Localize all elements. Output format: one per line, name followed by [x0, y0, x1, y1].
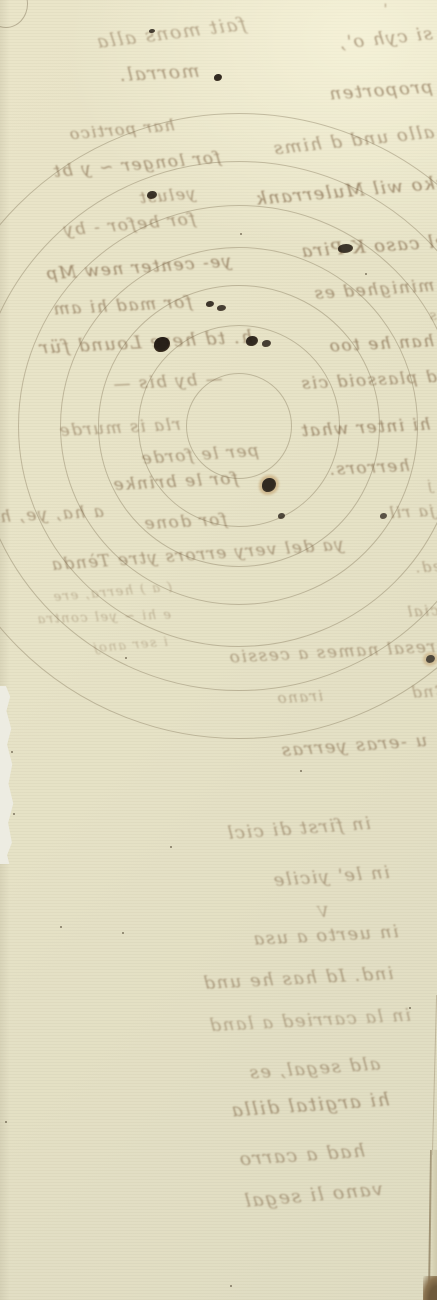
- corner-compass-arc: [0, 0, 28, 28]
- paper-speck: [409, 1007, 411, 1009]
- bleedthrough-line: ald segal, es: [247, 1053, 381, 1083]
- bleedthrough-line: in uerto a usa: [252, 921, 400, 950]
- paper-speck: [122, 932, 124, 934]
- bleedthrough-line: ja ril: [388, 501, 435, 522]
- bleedthrough-text-layer: fait mons allamorral.'har porticofor lon…: [0, 0, 437, 1300]
- bleedthrough-line: ye- center new Mp: [45, 252, 232, 285]
- ink-blot-layer: [0, 0, 437, 1300]
- bleedthrough-line: herrors.: [328, 456, 411, 480]
- bleedthrough-line: ya del very errors ytre Tènda: [50, 535, 345, 575]
- bleedthrough-line: cial: [406, 601, 437, 621]
- bleedthrough-line: for mad hi am: [52, 292, 193, 319]
- bleedthrough-line: hi inter what: [300, 415, 431, 442]
- paper-speck: [240, 233, 242, 235]
- watermark-circle: [98, 285, 380, 567]
- bleedthrough-line: had a carro: [237, 1140, 365, 1171]
- ink-blot: [338, 244, 353, 253]
- bleedthrough-line: proporten: [327, 76, 433, 104]
- ink-blot: [149, 29, 155, 33]
- bleedthrough-line: rla is murde: [58, 415, 182, 441]
- bleedthrough-line: si cyh o',: [337, 23, 433, 54]
- bleedthrough-line: ed.: [414, 557, 437, 576]
- bleedthrough-line: irano: [276, 687, 324, 707]
- ink-blot: [426, 655, 435, 663]
- bleedthrough-line: for done: [143, 510, 228, 534]
- watermark-circle: [186, 373, 292, 479]
- bleedthrough-line: hyd plassoid cis: [300, 366, 437, 394]
- manuscript-page: fait mons allamorral.'har porticofor lon…: [0, 0, 437, 1300]
- ink-blot: [246, 336, 258, 346]
- bleedthrough-line: ': [382, 2, 387, 18]
- ink-blot: [154, 337, 170, 352]
- bleedthrough-line: fait mons alla: [94, 13, 247, 53]
- watermark-circle: [0, 113, 437, 739]
- ink-blot: [278, 513, 285, 519]
- bleedthrough-line: hi argital dilla: [229, 1088, 390, 1121]
- page-corner-shadow: [423, 1276, 437, 1300]
- bleedthrough-line: V: [316, 903, 328, 921]
- bleedthrough-line: per le forde: [139, 441, 259, 469]
- bleedthrough-line: ( a ) herra, ere: [52, 580, 173, 605]
- bleedthrough-line: vano li segal: [242, 1178, 383, 1212]
- bleedthrough-line: in la carried a land: [208, 1005, 412, 1037]
- bleedthrough-line: i ser anoj: [91, 635, 168, 657]
- bleedthrough-line: morral.: [117, 60, 200, 86]
- bleedthrough-line: el caso K Pira: [299, 231, 437, 262]
- paper-speck: [5, 1121, 7, 1123]
- bleedthrough-line: for le brinke: [112, 469, 239, 496]
- bleedthrough-line: minighed es: [312, 276, 435, 304]
- bleedthrough-line: j: [426, 478, 432, 494]
- paper-speck: [11, 751, 13, 753]
- watermark-circle: [18, 205, 437, 647]
- speck-layer: [0, 0, 437, 1300]
- paper-speck: [300, 770, 302, 772]
- bleedthrough-line: asko wil Mulerrank: [253, 171, 437, 210]
- paper-speck: [13, 813, 15, 815]
- bleedthrough-line: e hi ~ yel contra: [36, 608, 171, 628]
- ink-blot: [262, 340, 271, 347]
- watermark-rings-layer: [0, 0, 437, 1300]
- bleedthrough-line: a ha, ye, hel: [0, 502, 104, 528]
- bleedthrough-line: s: [428, 308, 437, 324]
- bleedthrough-line: u -eras yerras: [279, 730, 427, 761]
- watermark-circle: [0, 161, 437, 691]
- watermark-circle: [138, 325, 340, 527]
- ink-blot: [147, 191, 157, 199]
- ink-blot: [214, 74, 222, 81]
- ink-blot: [262, 478, 276, 492]
- ink-blot: [217, 305, 226, 311]
- bleedthrough-line: han he too: [328, 331, 435, 357]
- bleedthrough-line: h. td here Lound für: [38, 326, 254, 358]
- bleedthrough-line: — by bis —: [112, 369, 224, 395]
- watermark-circle: [60, 247, 418, 605]
- bleedthrough-line: yelust: [137, 184, 196, 208]
- paper-speck: [60, 926, 62, 928]
- paper-speck: [170, 846, 172, 848]
- ink-blot: [380, 513, 387, 519]
- bleedthrough-line: for befor - by: [61, 209, 196, 241]
- bleedthrough-line: in first di cicl: [225, 813, 371, 844]
- bleedthrough-line: allo und d hims: [271, 122, 435, 160]
- paper-speck: [365, 273, 367, 275]
- paper-speck: [230, 1285, 232, 1287]
- page-edge-crease: [432, 995, 437, 1155]
- bleedthrough-line: har portico: [67, 115, 175, 143]
- bleedthrough-line: in le' yicile: [271, 862, 390, 891]
- bleedthrough-line: for longer ~ y bt: [51, 148, 221, 183]
- bleedthrough-line: Cnd: [410, 681, 437, 702]
- bleedthrough-line: a resal names a cessio: [228, 636, 437, 668]
- tear-patch: [0, 686, 17, 864]
- bleedthrough-line: ind. Id has he und: [202, 963, 394, 994]
- ink-blot: [206, 301, 214, 307]
- paper-speck: [125, 657, 127, 659]
